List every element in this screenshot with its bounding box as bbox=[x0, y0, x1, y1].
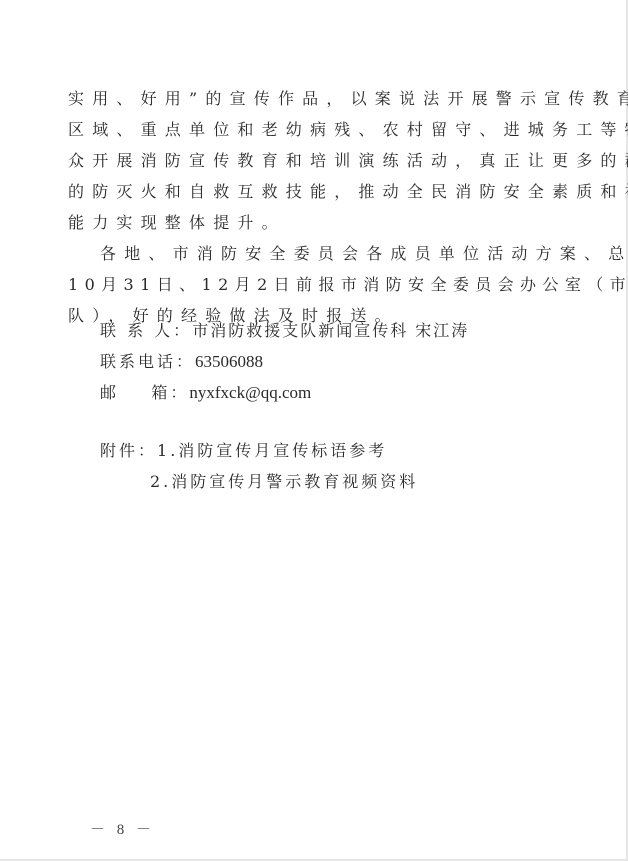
attachment-item: 1.消防宣传月宣传标语参考 bbox=[157, 441, 387, 460]
paragraph-line: 10月31日、12月2日前报市消防安全委员会办公室（市消防救援支 bbox=[68, 269, 563, 300]
contact-email-value: nyxfxck@qq.com bbox=[189, 383, 311, 402]
contact-block: 联 系 人：市消防救援支队新闻宣传科 宋江涛 联系电话：63506088 邮 箱… bbox=[100, 315, 469, 408]
contact-phone-row: 联系电话：63506088 bbox=[100, 346, 469, 377]
contact-phone-value: 63506088 bbox=[195, 352, 263, 371]
contact-person-label: 联 系 人： bbox=[100, 315, 192, 346]
paragraph-line: 实用、好用”的宣传作品，以案说法开展警示宣传教育。要针对重点 bbox=[68, 83, 563, 114]
attachment-row: 附件：1.消防宣传月宣传标语参考 bbox=[100, 435, 418, 466]
document-page: 实用、好用”的宣传作品，以案说法开展警示宣传教育。要针对重点 区域、重点单位和老… bbox=[0, 0, 628, 861]
body-text: 实用、好用”的宣传作品，以案说法开展警示宣传教育。要针对重点 区域、重点单位和老… bbox=[68, 83, 563, 331]
attachments-label: 附件： bbox=[100, 441, 157, 460]
paragraph-line: 能力实现整体提升。 bbox=[68, 207, 563, 238]
attachment-row: 2.消防宣传月警示教育视频资料 bbox=[100, 466, 418, 497]
attachments-block: 附件：1.消防宣传月宣传标语参考 2.消防宣传月警示教育视频资料 bbox=[100, 435, 418, 497]
attachment-item: 2.消防宣传月警示教育视频资料 bbox=[150, 472, 418, 491]
contact-email-label: 邮 箱： bbox=[100, 377, 189, 408]
paragraph-line: 区域、重点单位和老幼病残、农村留守、进城务工等特殊群体，分 bbox=[68, 114, 563, 145]
paragraph-line: 众开展消防宣传教育和培训演练活动，真正让更多的群众掌握正确 bbox=[68, 145, 563, 176]
contact-email-row: 邮 箱：nyxfxck@qq.com bbox=[100, 377, 469, 408]
paragraph-line: 的防灭火和自救互救技能，推动全民消防安全素质和社会抵御灾害 bbox=[68, 176, 563, 207]
page-number: － 8 － bbox=[90, 818, 155, 839]
contact-person-row: 联 系 人：市消防救援支队新闻宣传科 宋江涛 bbox=[100, 315, 469, 346]
contact-phone-label: 联系电话： bbox=[100, 346, 195, 377]
contact-person-value: 市消防救援支队新闻宣传科 宋江涛 bbox=[192, 321, 469, 340]
paragraph-line: 各地、市消防安全委员会各成员单位活动方案、总结请分别于 bbox=[68, 238, 563, 269]
